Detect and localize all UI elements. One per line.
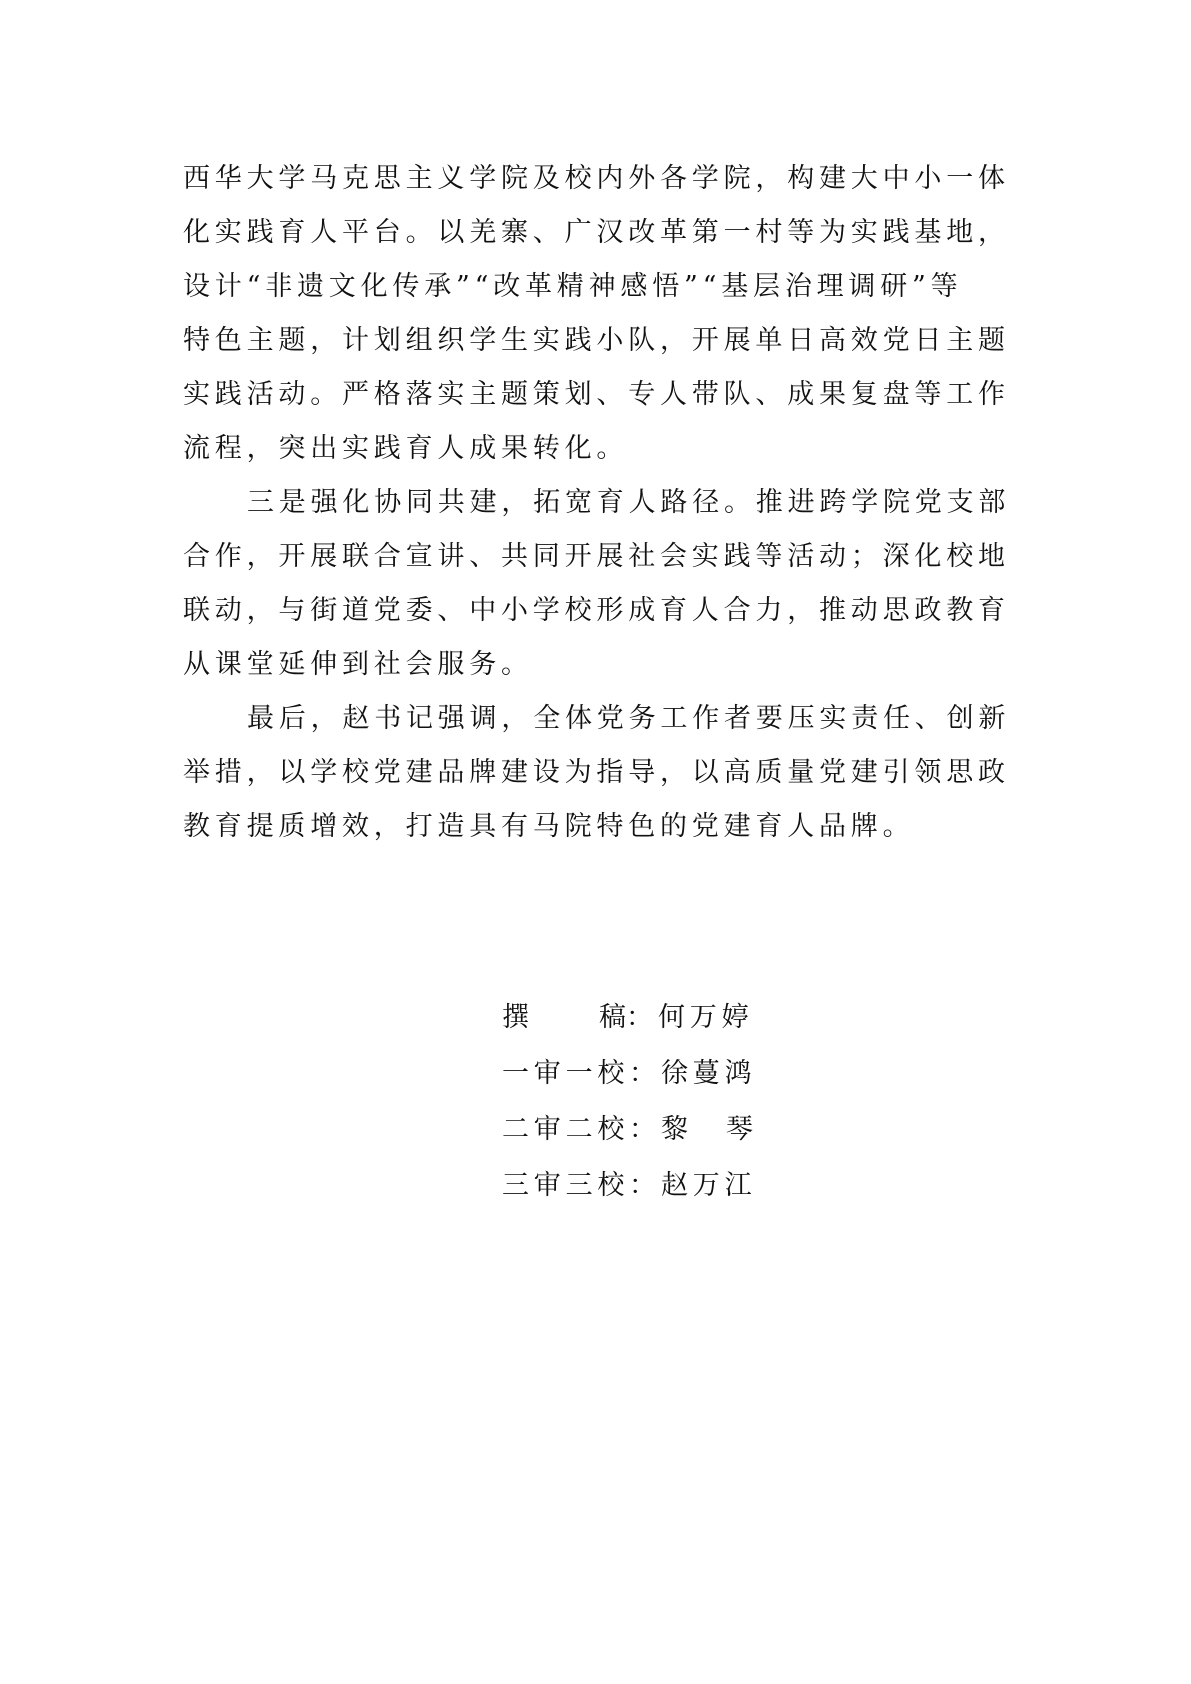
signature-name: 何万婷 (658, 990, 753, 1046)
text-line: 三是强化协同共建，拓宽育人路径。推进跨学院党支部 (183, 476, 1017, 530)
body-text: 西华大学马克思主义学院及校内外各学院，构建大中小一体 化实践育人平台。以羌寨、广… (183, 152, 1017, 854)
text-line: 西华大学马克思主义学院及校内外各学院，构建大中小一体 (183, 152, 1017, 206)
name-char: 黎 (661, 1102, 688, 1158)
text-line: 实践活动。严格落实主题策划、专人带队、成果复盘等工作 (183, 368, 1017, 422)
signature-row-review-3: 三审三校 ： 赵万江 (502, 1158, 756, 1214)
text-line: 最后，赵书记强调，全体党务工作者要压实责任、创新 (183, 692, 1017, 746)
text-line: 教育提质增效，打造具有马院特色的党建育人品牌。 (183, 800, 1017, 854)
text-line: 合作，开展联合宣讲、共同开展社会实践等活动；深化校地 (183, 530, 1017, 584)
document-page: 西华大学马克思主义学院及校内外各学院，构建大中小一体 化实践育人平台。以羌寨、广… (0, 0, 1191, 1684)
signature-role: 三审三校 (502, 1158, 629, 1214)
signature-colon: ： (629, 1158, 661, 1214)
text-line: 举措，以学校党建品牌建设为指导，以高质量党建引领思政 (183, 746, 1017, 800)
signature-colon: ： (629, 1102, 661, 1158)
name-char: 琴 (726, 1102, 753, 1158)
signature-role: 撰 稿 (502, 990, 626, 1046)
signature-colon: ： (629, 1046, 661, 1102)
signature-row-review-2: 二审二校 ： 黎 琴 (502, 1102, 756, 1158)
signature-row-review-1: 一审一校 ： 徐蔓鸿 (502, 1046, 756, 1102)
role-char: 稿 (599, 990, 626, 1046)
paragraph-collaboration: 三是强化协同共建，拓宽育人路径。推进跨学院党支部 合作，开展联合宣讲、共同开展社… (183, 476, 1017, 692)
text-line: 从课堂延伸到社会服务。 (183, 638, 1017, 692)
text-line: 特色主题，计划组织学生实践小队，开展单日高效党日主题 (183, 314, 1017, 368)
text-line: 设计“非遗文化传承”“改革精神感悟”“基层治理调研”等 (183, 260, 1017, 314)
signature-name: 赵万江 (661, 1158, 756, 1214)
signature-name: 徐蔓鸿 (661, 1046, 756, 1102)
signature-role: 一审一校 (502, 1046, 629, 1102)
signature-block: 撰 稿 ： 何万婷 一审一校 ： 徐蔓鸿 二审二校 ： 黎 琴 三审三校 ： 赵… (502, 990, 756, 1214)
signature-row-author: 撰 稿 ： 何万婷 (502, 990, 756, 1046)
paragraph-practice-platform: 西华大学马克思主义学院及校内外各学院，构建大中小一体 化实践育人平台。以羌寨、广… (183, 152, 1017, 476)
signature-name: 黎 琴 (661, 1102, 753, 1158)
text-line: 化实践育人平台。以羌寨、广汉改革第一村等为实践基地， (183, 206, 1017, 260)
signature-colon: ： (626, 990, 658, 1046)
role-char: 撰 (502, 990, 529, 1046)
signature-role: 二审二校 (502, 1102, 629, 1158)
text-line: 流程，突出实践育人成果转化。 (183, 422, 1017, 476)
text-line: 联动，与街道党委、中小学校形成育人合力，推动思政教育 (183, 584, 1017, 638)
paragraph-conclusion: 最后，赵书记强调，全体党务工作者要压实责任、创新 举措，以学校党建品牌建设为指导… (183, 692, 1017, 854)
